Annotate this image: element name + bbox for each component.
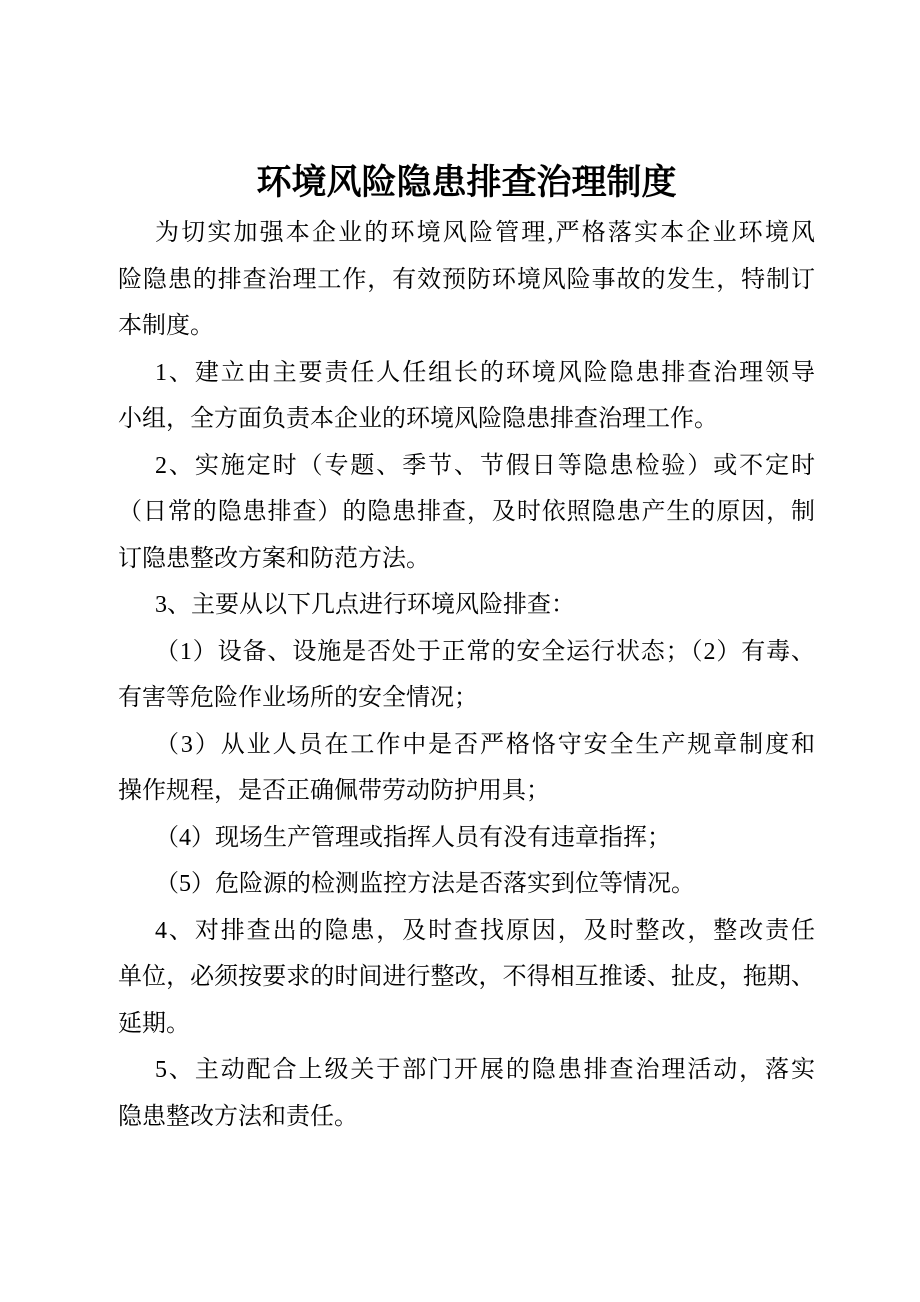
text-line: 单位，必须按要求的时间进行整改，不得相互推诿、扯皮，拖期、 bbox=[118, 954, 815, 1001]
text-line: 3、主要从以下几点进行环境风险排查： bbox=[118, 582, 815, 629]
text-line: 隐患整改方法和责任。 bbox=[118, 1094, 815, 1141]
text-line: 为切实加强本企业的环境风险管理,严格落实本企业环境风 bbox=[118, 210, 815, 257]
text-line: （3）从业人员在工作中是否严格恪守安全生产规章制度和 bbox=[118, 722, 815, 769]
text-line: 5、主动配合上级关于部门开展的隐患排查治理活动，落实 bbox=[118, 1047, 815, 1094]
text-line: 操作规程，是否正确佩带劳动防护用具； bbox=[118, 768, 815, 815]
text-line: 险隐患的排查治理工作，有效预防环境风险事故的发生，特制订 bbox=[118, 257, 815, 304]
text-line: （1）设备、设施是否处于正常的安全运行状态；（2）有毒、 bbox=[118, 629, 815, 676]
document-title: 环境风险隐患排查治理制度 bbox=[118, 156, 815, 210]
text-line: 1、建立由主要责任人任组长的环境风险隐患排查治理领导 bbox=[118, 350, 815, 397]
text-line: 有害等危险作业场所的安全情况； bbox=[118, 675, 815, 722]
text-line: 延期。 bbox=[118, 1001, 815, 1048]
text-line: 小组，全方面负责本企业的环境风险隐患排查治理工作。 bbox=[118, 396, 815, 443]
text-line: （4）现场生产管理或指挥人员有没有违章指挥； bbox=[118, 815, 815, 862]
document-page: 环境风险隐患排查治理制度 为切实加强本企业的环境风险管理,严格落实本企业环境风险… bbox=[0, 0, 920, 1302]
text-line: （5）危险源的检测监控方法是否落实到位等情况。 bbox=[118, 861, 815, 908]
text-line: 4、对排查出的隐患，及时查找原因，及时整改，整改责任 bbox=[118, 908, 815, 955]
document-body: 为切实加强本企业的环境风险管理,严格落实本企业环境风险隐患的排查治理工作，有效预… bbox=[118, 210, 815, 1140]
text-line: （日常的隐患排查）的隐患排查，及时依照隐患产生的原因，制 bbox=[118, 489, 815, 536]
text-line: 本制度。 bbox=[118, 303, 815, 350]
text-line: 2、实施定时（专题、季节、节假日等隐患检验）或不定时 bbox=[118, 443, 815, 490]
text-line: 订隐患整改方案和防范方法。 bbox=[118, 536, 815, 583]
